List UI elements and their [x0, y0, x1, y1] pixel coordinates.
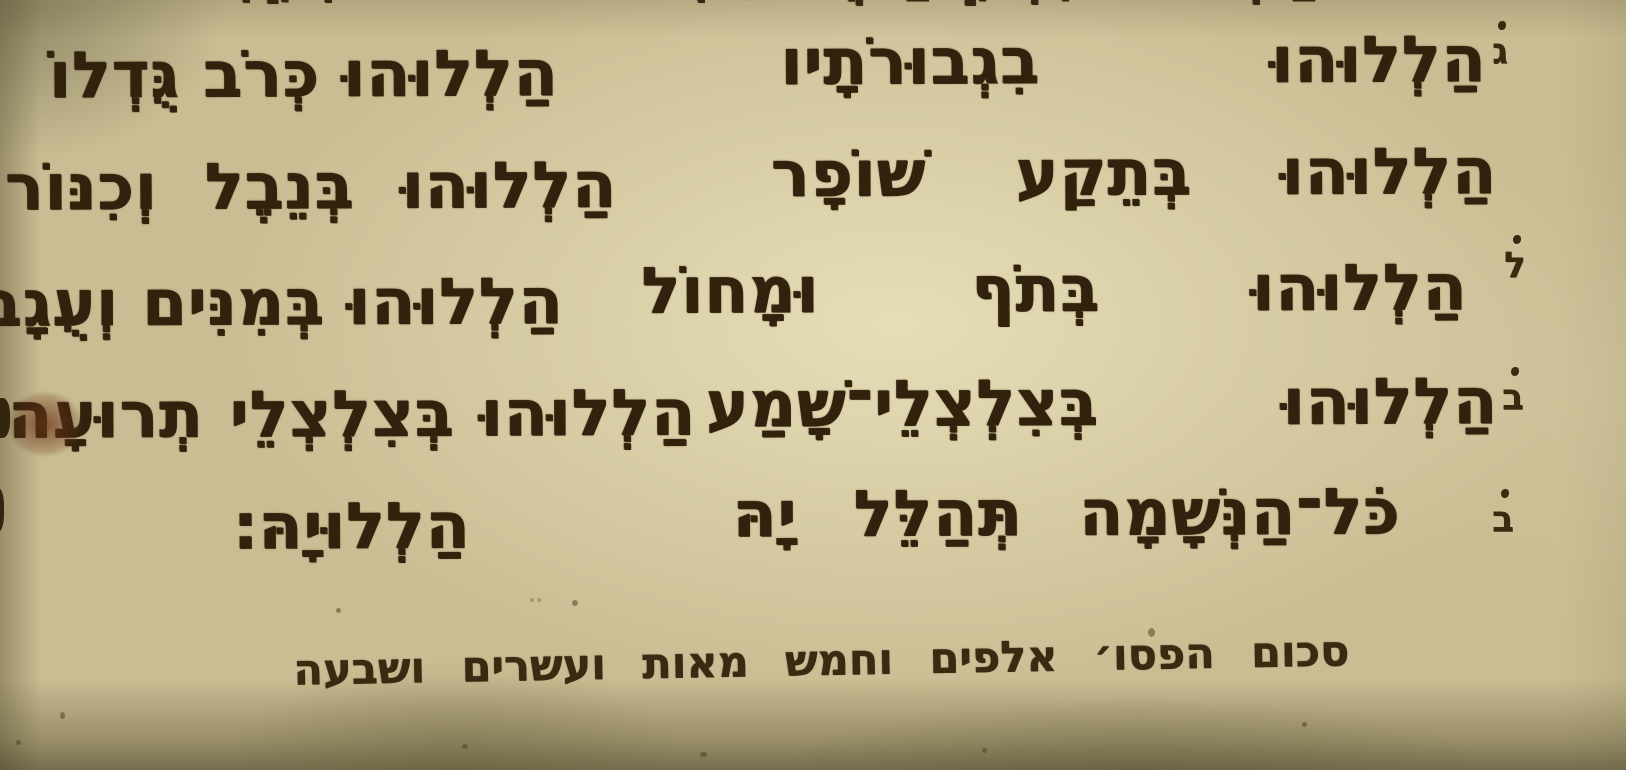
masorah-note-2: ל — [1504, 248, 1526, 284]
masorah-note-3: ב — [1502, 380, 1524, 416]
ink-speck — [982, 748, 987, 753]
interline-bleed-marks: ·· — [528, 588, 543, 612]
psalm-line-4-right-hemistich: הַלְלוּהוּ בְּצִלְצְלֵי־שָׁמַע — [706, 369, 1498, 440]
ink-speck — [462, 744, 468, 749]
psalm-line-4-left-hemistich: הַלְלוּהוּ בְּצִלְצְלֵי תְרוּעָה — [8, 381, 696, 451]
masorah-note-4: ב — [1492, 502, 1514, 538]
ink-speck — [60, 712, 65, 719]
psalm-line-3-right-hemistich: הַלְלוּהוּ בְּתֹף וּמָחוֹל — [641, 255, 1467, 326]
ink-stain — [8, 392, 82, 456]
psalm-line-1-left-hemistich: הַלְלוּהוּ כְּרֹב גֻּדְלוֹ — [51, 41, 559, 110]
psalm-line-3-left-hemistich: הַלְלוּהוּ בְּמִנִּים וְעֻגָב — [3, 269, 563, 339]
psalm-line-2-right-hemistich: הַלְלוּהוּ בְּתֵקַע שׁוֹפָר — [771, 139, 1497, 209]
ink-speck — [1148, 628, 1155, 637]
masorah-note-1: ג — [1492, 34, 1508, 70]
verse-count-colophon: סכום הפסו׳ אלפים וחמש מאות ועשרים ושבעה — [293, 626, 1350, 695]
parchment-page: הַלְלוּהוּ בִּרְקִיעַ עֻזּוֹ הַלְלוּ־אֵל… — [0, 0, 1626, 770]
psalm-line-5-left-hemistich: הַלְלוּיָהּ׃ — [152, 493, 470, 562]
ink-speck — [336, 608, 341, 613]
psalm-line-2-left-hemistich: הַלְלוּהוּ בְּנֵבֶל וְכִנּוֹר — [5, 153, 617, 223]
psalm-line-5-right-hemistich: כֹּל־הַנְּשָׁמָה תְּהַלֵּל יָהּ — [732, 479, 1400, 549]
ink-speck — [1302, 722, 1307, 727]
psalm-line-1-right-hemistich: הַלְלוּהוּ בִגְבוּרֹתָיו — [780, 27, 1486, 97]
text-block: הַלְלוּהוּ בִגְבוּרֹתָיו הַלְלוּהוּ כְּר… — [0, 0, 1626, 770]
ink-speck — [572, 600, 578, 606]
ink-speck — [700, 752, 707, 757]
ink-speck — [16, 740, 21, 745]
